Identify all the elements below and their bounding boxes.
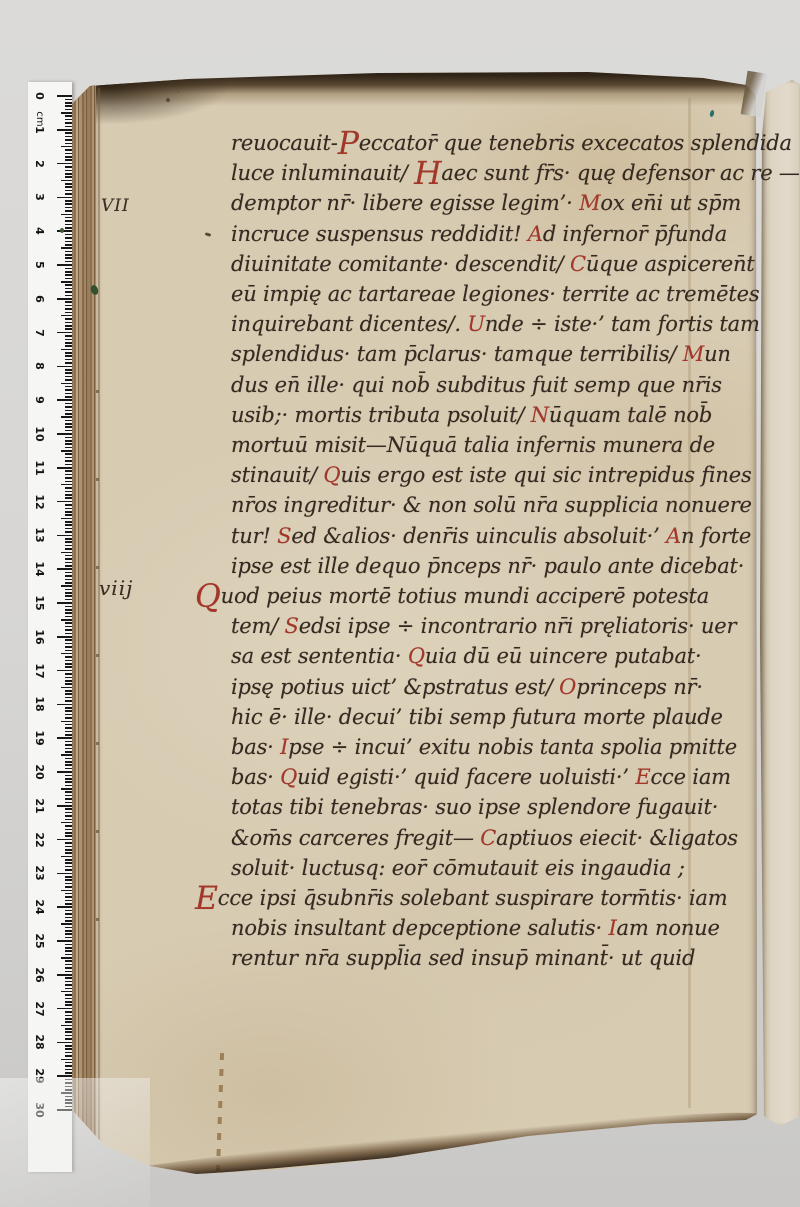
manuscript-line: inquirebant dicentes/. Unde ÷ iste·’ tam… bbox=[195, 309, 795, 339]
ruler-tick bbox=[57, 95, 72, 97]
ruler-tick bbox=[65, 156, 72, 158]
ruler-tick bbox=[65, 558, 72, 560]
ruler-tick bbox=[61, 619, 72, 621]
ruler-tick bbox=[65, 700, 72, 702]
ruler-tick bbox=[65, 758, 72, 760]
ruler-tick bbox=[65, 1052, 72, 1054]
ruler-tick bbox=[65, 470, 72, 472]
manuscript-line: stinauit/ Quis ergo est iste qui sic int… bbox=[195, 460, 795, 490]
rubricated-initial: O bbox=[559, 675, 576, 699]
ruler-tick bbox=[65, 376, 72, 378]
text-segment: incruce suspensus reddidit! bbox=[231, 222, 528, 246]
ruler-tick bbox=[61, 923, 72, 925]
ruler-tick bbox=[65, 629, 72, 631]
ruler-number: 22 bbox=[32, 832, 46, 848]
ruler-tick bbox=[65, 622, 72, 624]
ruler-tick bbox=[65, 582, 72, 584]
ruler-tick bbox=[65, 413, 72, 415]
ruler-tick bbox=[65, 819, 72, 821]
ruler-number: 5 bbox=[32, 257, 46, 273]
manuscript-line: diuinitate comitante· descendit/ Cūque a… bbox=[195, 249, 795, 279]
ruler-tick bbox=[65, 633, 72, 635]
rubricated-initial: I bbox=[608, 916, 616, 940]
ruler-tick bbox=[61, 957, 72, 959]
green-speck bbox=[60, 228, 64, 233]
parchment-stitch-repair bbox=[216, 1053, 224, 1171]
ruler-tick bbox=[61, 585, 72, 587]
ruler-tick bbox=[65, 656, 72, 658]
ruler-tick bbox=[65, 99, 72, 101]
ruler-tick bbox=[65, 234, 72, 236]
ruler-tick bbox=[65, 896, 72, 898]
ruler-number: 21 bbox=[32, 798, 46, 814]
ruler-tick bbox=[57, 771, 72, 773]
ruler-tick bbox=[65, 1072, 72, 1074]
ruler-tick bbox=[65, 812, 72, 814]
ruler-tick bbox=[65, 589, 72, 591]
ruler-tick bbox=[61, 552, 72, 554]
ruler-tick bbox=[65, 295, 72, 297]
ruler-tick bbox=[57, 366, 72, 368]
ruler-tick bbox=[65, 825, 72, 827]
ruler-tick bbox=[65, 254, 72, 256]
ruler-tick bbox=[65, 1038, 72, 1040]
ruler-tick bbox=[65, 396, 72, 398]
text-segment: aptiuos eiecit· &ligatos bbox=[496, 826, 738, 850]
text-segment: bas· bbox=[231, 765, 280, 789]
rubricated-initial: Q bbox=[408, 644, 425, 668]
ruler-tick bbox=[65, 744, 72, 746]
ruler-tick bbox=[65, 741, 72, 743]
ruler-tick bbox=[65, 842, 72, 844]
text-segment: ūquam talē nob̄ bbox=[549, 403, 712, 427]
manuscript-line: soluit· luctusq: eor̄ cōmutauit eis inga… bbox=[195, 853, 795, 883]
rubricated-initial: S bbox=[277, 524, 291, 548]
manuscript-line: tur! Sed &alios· denr̄is uinculis absolu… bbox=[195, 521, 795, 551]
ruler-tick bbox=[57, 399, 72, 401]
ruler-tick bbox=[65, 595, 72, 597]
ink-speck bbox=[177, 90, 179, 93]
ruler-tick bbox=[65, 217, 72, 219]
ruler-tick bbox=[65, 291, 72, 293]
manuscript-line: Ecce ipsi q̄subnr̄is solebant suspirare … bbox=[195, 883, 795, 913]
ruler-tick bbox=[65, 795, 72, 797]
ruler-tick bbox=[61, 1059, 72, 1061]
manuscript-line: nr̄os ingreditur· & non solū nr̄a suppli… bbox=[195, 490, 795, 520]
ruler-tick bbox=[65, 616, 72, 618]
ruler-tick bbox=[65, 575, 72, 577]
ruler-tick bbox=[65, 210, 72, 212]
ruler-tick bbox=[65, 954, 72, 956]
text-segment: nde ÷ iste·’ tam fortis tam bbox=[485, 312, 760, 336]
manuscript-line: dus en̄ ille· qui nob̄ subditus fuit sem… bbox=[195, 370, 795, 400]
translucent-film bbox=[0, 1078, 150, 1207]
ruler-tick bbox=[57, 670, 72, 672]
ruler-tick bbox=[61, 383, 72, 385]
text-segment: aec sunt fr̄s· quę defensor ac re — bbox=[441, 161, 799, 185]
ruler-tick bbox=[65, 592, 72, 594]
ruler-tick bbox=[65, 339, 72, 341]
ruler-tick bbox=[65, 437, 72, 439]
ruler-tick bbox=[65, 683, 72, 685]
ruler-tick bbox=[65, 538, 72, 540]
page-gap-notch bbox=[741, 71, 768, 118]
rubricated-initial: C bbox=[570, 252, 586, 276]
ruler-tick bbox=[65, 903, 72, 905]
ruler-number: 0 bbox=[32, 88, 46, 104]
ruler-number: 16 bbox=[32, 629, 46, 645]
ruler-tick bbox=[61, 180, 72, 182]
rubricated-initial: P bbox=[338, 126, 359, 162]
ruler-tick bbox=[65, 663, 72, 665]
ruler-number: 28 bbox=[32, 1034, 46, 1050]
ruler-tick bbox=[61, 450, 72, 452]
ruler-tick bbox=[65, 1031, 72, 1033]
ruler-tick bbox=[65, 1015, 72, 1017]
text-block: reuocauit-Peccator̄ que tenebris excecat… bbox=[195, 128, 795, 974]
ruler-tick bbox=[65, 1048, 72, 1050]
ruler-tick bbox=[65, 869, 72, 871]
text-segment: tem/ bbox=[231, 614, 285, 638]
ruler-tick bbox=[65, 859, 72, 861]
ruler-tick bbox=[65, 866, 72, 868]
manuscript-line: tem/ Sedsi ipse ÷ incontrario nr̄i pręli… bbox=[195, 611, 795, 641]
ruler-tick bbox=[61, 214, 72, 216]
manuscript-line: ipse est ille dequo p̄nceps nr̄· paulo a… bbox=[195, 551, 795, 581]
manuscript-line: bas· Quid egisti·’ quid facere uoluisti·… bbox=[195, 762, 795, 792]
manuscript-line: luce inluminauit/ Haec sunt fr̄s· quę de… bbox=[195, 158, 795, 188]
ruler-tick bbox=[65, 852, 72, 854]
manuscript-line: mortuū misit—Nūquā talia infernis munera… bbox=[195, 430, 795, 460]
ruler-tick bbox=[65, 545, 72, 547]
ruler-number: 6 bbox=[32, 291, 46, 307]
text-segment: luce inluminauit/ bbox=[231, 161, 414, 185]
ruler-tick bbox=[65, 227, 72, 229]
text-segment: ox en̄i ut sp̄m bbox=[600, 191, 741, 215]
ruler-tick bbox=[65, 984, 72, 986]
ruler-unit-label: cm bbox=[32, 111, 46, 127]
ruler-tick bbox=[65, 710, 72, 712]
ruler-tick bbox=[65, 203, 72, 205]
ruler-number: 8 bbox=[32, 358, 46, 374]
ruler-tick bbox=[65, 149, 72, 151]
ruler-tick bbox=[61, 653, 72, 655]
ruler: 0123456789101112131415161718192021222324… bbox=[28, 82, 72, 1172]
manuscript-line: usib;· mortis tributa psoluit/ Nūquam ta… bbox=[195, 400, 795, 430]
ruler-tick bbox=[65, 426, 72, 428]
ruler-tick bbox=[65, 579, 72, 581]
chapter-numeral-vii: VII bbox=[101, 196, 130, 216]
ruler-tick bbox=[57, 197, 72, 199]
rubricated-initial: A bbox=[528, 222, 543, 246]
ruler-tick bbox=[65, 960, 72, 962]
ruler-tick bbox=[65, 457, 72, 459]
manuscript-line: ipsę potius uict’ &pstratus est/ Oprince… bbox=[195, 672, 795, 702]
ruler-tick bbox=[65, 815, 72, 817]
ruler-number: 27 bbox=[32, 1001, 46, 1017]
ruler-tick bbox=[65, 173, 72, 175]
text-segment: hic ē· ille· decui’ tibi semp futura mor… bbox=[231, 705, 723, 729]
ruler-tick bbox=[57, 805, 72, 807]
ruler-tick bbox=[65, 447, 72, 449]
text-segment: pse ÷ incui’ exitu nobis tanta spolia pm… bbox=[288, 735, 737, 759]
ruler-number: 15 bbox=[32, 595, 46, 611]
ruler-tick bbox=[65, 994, 72, 996]
rubricated-initial: S bbox=[285, 614, 299, 638]
ruler-tick bbox=[65, 690, 72, 692]
manuscript-line: demptor nr̄· libere egisse legim’· Mox e… bbox=[195, 188, 795, 218]
ruler-tick bbox=[65, 1011, 72, 1013]
rubricated-initial: U bbox=[467, 312, 485, 336]
ruler-tick bbox=[65, 971, 72, 973]
ruler-tick bbox=[65, 379, 72, 381]
rubricated-initial: E bbox=[635, 765, 650, 789]
ruler-tick bbox=[65, 237, 72, 239]
ruler-tick bbox=[65, 193, 72, 195]
ruler-tick bbox=[65, 650, 72, 652]
text-segment: nobis insultant depceptione salutis· bbox=[231, 916, 608, 940]
ruler-tick bbox=[65, 714, 72, 716]
ruler-tick bbox=[61, 721, 72, 723]
ruler-tick bbox=[65, 879, 72, 881]
ruler-tick bbox=[65, 1004, 72, 1006]
ruler-tick bbox=[65, 643, 72, 645]
ruler-tick bbox=[65, 612, 72, 614]
ruler-tick bbox=[61, 890, 72, 892]
ruler-tick bbox=[65, 1062, 72, 1064]
ruler-tick bbox=[65, 933, 72, 935]
ruler-tick bbox=[65, 200, 72, 202]
ruler-tick bbox=[65, 599, 72, 601]
ruler-tick bbox=[65, 241, 72, 243]
ruler-tick bbox=[65, 920, 72, 922]
ruler-tick bbox=[65, 829, 72, 831]
ruler-tick bbox=[61, 754, 72, 756]
ruler-tick bbox=[65, 504, 72, 506]
ruler-tick bbox=[65, 751, 72, 753]
ruler-number: 19 bbox=[32, 730, 46, 746]
manuscript-line: reuocauit-Peccator̄ que tenebris excecat… bbox=[195, 128, 795, 158]
ruler-tick bbox=[57, 264, 72, 266]
ruler-tick bbox=[65, 325, 72, 327]
text-segment: eū impię ac tartareae legiones· territe … bbox=[231, 282, 759, 306]
ruler-tick bbox=[61, 1025, 72, 1027]
ruler-number: 12 bbox=[32, 494, 46, 510]
ruler-tick bbox=[65, 514, 72, 516]
ruler-tick bbox=[65, 835, 72, 837]
ruler-tick bbox=[65, 460, 72, 462]
ruler-tick bbox=[57, 636, 72, 638]
ruler-tick bbox=[57, 906, 72, 908]
ruler-tick bbox=[65, 274, 72, 276]
ruler-tick bbox=[61, 146, 72, 148]
ruler-tick bbox=[65, 1065, 72, 1067]
ruler-tick bbox=[65, 778, 72, 780]
rubricated-initial: Q bbox=[323, 463, 340, 487]
rubricated-initial: Q bbox=[195, 579, 221, 615]
ruler-number: 7 bbox=[32, 325, 46, 341]
ruler-tick bbox=[65, 798, 72, 800]
ruler-tick bbox=[57, 940, 72, 942]
manuscript-line: &om̄s carceres fregit— Captiuos eiecit· … bbox=[195, 823, 795, 853]
ruler-tick bbox=[65, 183, 72, 185]
text-segment: totas tibi tenebras· suo ipse splendore … bbox=[231, 795, 718, 819]
ruler-tick bbox=[65, 927, 72, 929]
ruler-tick bbox=[65, 109, 72, 111]
ruler-number: 24 bbox=[32, 899, 46, 915]
text-segment: cce iam bbox=[650, 765, 730, 789]
ruler-tick bbox=[65, 944, 72, 946]
ruler-tick bbox=[65, 876, 72, 878]
ruler-tick bbox=[65, 386, 72, 388]
ruler-tick bbox=[65, 764, 72, 766]
ruler-tick bbox=[57, 298, 72, 300]
ruler-tick bbox=[65, 917, 72, 919]
ruler-tick bbox=[65, 491, 72, 493]
text-segment: uis ergo est iste qui sic intrepidus fin… bbox=[340, 463, 751, 487]
ruler-tick bbox=[65, 947, 72, 949]
manuscript-line: totas tibi tenebras· suo ipse splendore … bbox=[195, 792, 795, 822]
ruler-tick bbox=[65, 531, 72, 533]
ruler-tick bbox=[65, 420, 72, 422]
ruler-tick bbox=[65, 159, 72, 161]
text-segment: &om̄s carceres fregit— bbox=[231, 826, 480, 850]
binding-gutter-shadow bbox=[82, 76, 104, 1172]
ruler-tick bbox=[65, 328, 72, 330]
ruler-tick bbox=[65, 998, 72, 1000]
ruler-tick bbox=[65, 389, 72, 391]
ruler-number: 3 bbox=[32, 189, 46, 205]
ruler-tick bbox=[65, 115, 72, 117]
ruler-tick bbox=[65, 1018, 72, 1020]
ruler-tick bbox=[65, 677, 72, 679]
ruler-tick bbox=[65, 666, 72, 668]
text-segment: uid egisti·’ quid facere uoluisti·’ bbox=[297, 765, 635, 789]
ruler-tick bbox=[65, 132, 72, 134]
ruler-tick bbox=[65, 355, 72, 357]
text-segment: ipse est ille dequo p̄nceps nr̄· paulo a… bbox=[231, 554, 744, 578]
text-segment: ūque aspiceren̄t bbox=[586, 252, 755, 276]
ruler-tick bbox=[57, 737, 72, 739]
ruler-tick bbox=[65, 186, 72, 188]
ruler-tick bbox=[65, 626, 72, 628]
ruler-tick bbox=[65, 464, 72, 466]
text-segment: ed &alios· denr̄is uinculis absoluit·’ bbox=[291, 524, 666, 548]
ruler-tick bbox=[61, 349, 72, 351]
manuscript-line: incruce suspensus reddidit! Ad infernor̄… bbox=[195, 219, 795, 249]
ruler-tick bbox=[65, 143, 72, 145]
ruler-tick bbox=[65, 606, 72, 608]
ruler-tick bbox=[65, 849, 72, 851]
ruler-tick bbox=[65, 494, 72, 496]
ruler-number: 26 bbox=[32, 967, 46, 983]
ruler-tick bbox=[65, 301, 72, 303]
ruler-tick bbox=[65, 511, 72, 513]
rubricated-initial: M bbox=[683, 342, 704, 366]
ruler-tick bbox=[65, 748, 72, 750]
ruler-tick bbox=[65, 768, 72, 770]
text-segment: nr̄os ingreditur· & non solū nr̄a suppli… bbox=[231, 493, 752, 517]
ruler-tick bbox=[65, 724, 72, 726]
text-segment: usib;· mortis tributa psoluit/ bbox=[231, 403, 531, 427]
manuscript-line: rentur nr̄a suppl̄ia sed insup̄ minant̄·… bbox=[195, 943, 795, 973]
ruler-tick bbox=[65, 126, 72, 128]
ruler-tick bbox=[65, 278, 72, 280]
ruler-tick bbox=[57, 332, 72, 334]
ruler-tick bbox=[65, 1035, 72, 1037]
ruler-tick bbox=[65, 937, 72, 939]
ruler-tick bbox=[65, 717, 72, 719]
text-segment: dus en̄ ille· qui nob̄ subditus fuit sem… bbox=[231, 373, 722, 397]
ink-speck bbox=[150, 92, 153, 95]
ruler-tick bbox=[65, 791, 72, 793]
ruler-tick bbox=[65, 345, 72, 347]
text-segment: edsi ipse ÷ incontrario nr̄i pręliatoris… bbox=[299, 614, 737, 638]
ruler-tick bbox=[65, 406, 72, 408]
chapter-numeral-viii: viij bbox=[99, 576, 133, 600]
ruler-tick bbox=[65, 443, 72, 445]
ruler-tick bbox=[61, 112, 72, 114]
text-segment: reuocauit- bbox=[231, 131, 338, 155]
ruler-tick bbox=[65, 322, 72, 324]
ruler-tick bbox=[65, 781, 72, 783]
ruler-tick bbox=[65, 477, 72, 479]
ruler-number: 14 bbox=[32, 561, 46, 577]
ruler-tick bbox=[57, 839, 72, 841]
text-segment: inquirebant dicentes/. bbox=[231, 312, 467, 336]
ruler-tick bbox=[61, 991, 72, 993]
ruler-number: 25 bbox=[32, 933, 46, 949]
ruler-tick bbox=[65, 541, 72, 543]
ruler-number: 4 bbox=[32, 223, 46, 239]
ruler-tick bbox=[65, 342, 72, 344]
ruler-tick bbox=[61, 247, 72, 249]
ruler-tick bbox=[65, 136, 72, 138]
ruler-tick bbox=[65, 883, 72, 885]
ruler-tick bbox=[65, 271, 72, 273]
ruler-tick bbox=[65, 410, 72, 412]
ruler-tick bbox=[65, 474, 72, 476]
text-segment: splendidus· tam p̄clarus· tamque terribi… bbox=[231, 342, 683, 366]
text-segment: un bbox=[704, 342, 731, 366]
ruler-tick bbox=[65, 1028, 72, 1030]
text-segment: soluit· luctusq: eor̄ cōmutauit eis inga… bbox=[231, 856, 685, 880]
ruler-tick bbox=[65, 119, 72, 121]
text-segment: princeps nr̄· bbox=[576, 675, 703, 699]
rubricated-initial: A bbox=[666, 524, 681, 548]
ruler-tick bbox=[65, 430, 72, 432]
text-segment: am nonue bbox=[617, 916, 720, 940]
ruler-tick bbox=[65, 900, 72, 902]
text-segment: sa est sententia· bbox=[231, 644, 408, 668]
ruler-tick bbox=[57, 974, 72, 976]
text-segment: uod peius mortē totius mundi acciperē po… bbox=[221, 584, 709, 608]
ruler-tick bbox=[65, 977, 72, 979]
ruler-tick bbox=[65, 731, 72, 733]
ruler-tick bbox=[65, 1055, 72, 1057]
text-segment: uia dū eū uincere putabat· bbox=[425, 644, 702, 668]
ruler-number: 9 bbox=[32, 392, 46, 408]
rubricated-initial: H bbox=[414, 156, 441, 192]
ruler-tick bbox=[65, 528, 72, 530]
ruler-tick bbox=[65, 646, 72, 648]
ruler-tick bbox=[57, 501, 72, 503]
ruler-tick bbox=[65, 244, 72, 246]
text-segment: ipsę potius uict’ &pstratus est/ bbox=[231, 675, 559, 699]
ruler-tick bbox=[65, 775, 72, 777]
prick-marks bbox=[96, 390, 99, 950]
ruler-tick bbox=[65, 1001, 72, 1003]
